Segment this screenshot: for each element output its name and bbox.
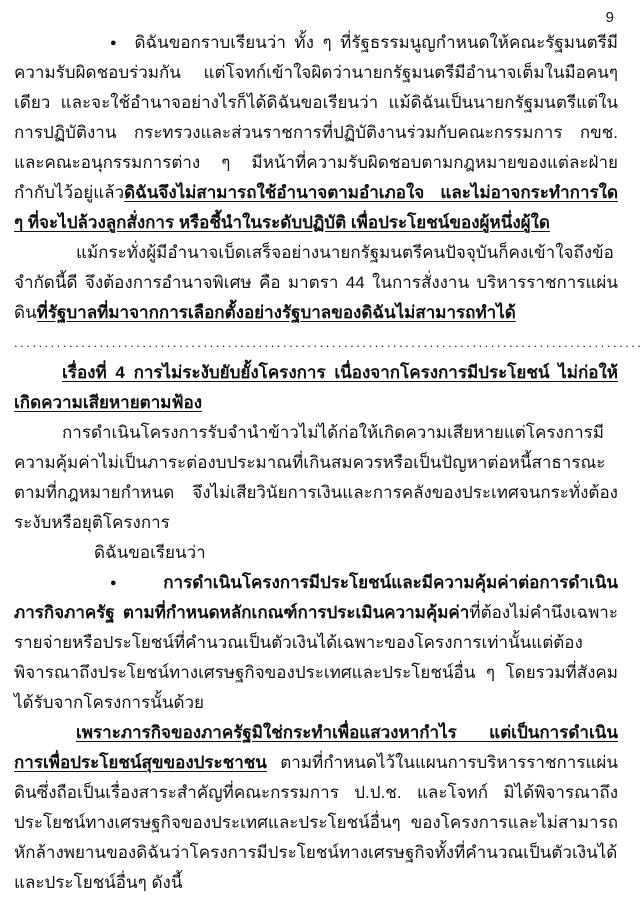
- text-run-bold-underline: ที่รัฐบาลที่มาจากการเลือกตั้งอย่างรัฐบาล…: [37, 303, 516, 322]
- paragraph-cabinet-responsibility: ●ดิฉันขอกราบเรียนว่า ทั้ง ๆ ที่รัฐธรรมนู…: [14, 28, 618, 238]
- text-run-normal: การดำเนินโครงการรับจำนำข้าวไม่ได้ก่อให้เ…: [14, 423, 618, 532]
- paragraph-special-power: แม้กระทั่งผู้มีอำนาจเบ็ดเสร็จอย่างนายกรั…: [14, 238, 618, 328]
- page-number: 9: [14, 8, 618, 28]
- bullet-icon: ●: [110, 577, 149, 589]
- text-run-normal: ดิฉันขอกราบเรียนว่า ทั้ง ๆ ที่รัฐธรรมนูญ…: [14, 33, 618, 202]
- text-run-normal: ตามที่กำหนดไว้ในแผนการบริหารราชการแผ่นดิ…: [14, 753, 618, 892]
- section-heading-topic-4: เรื่องที่ 4 การไม่ระงับยับยั้งโครงการ เน…: [14, 358, 618, 418]
- dotted-separator: ........................................…: [14, 328, 618, 358]
- document-page: 9 ●ดิฉันขอกราบเรียนว่า ทั้ง ๆ ที่รัฐธรรม…: [0, 0, 640, 918]
- text-run-normal: ดิฉันขอเรียนว่า: [94, 543, 206, 562]
- paragraph-project-worthiness: ●การดำเนินโครงการมีประโยชน์และมีความคุ้ม…: [14, 568, 618, 718]
- paragraph-project-no-damage: การดำเนินโครงการรับจำนำข้าวไม่ได้ก่อให้เ…: [14, 418, 618, 538]
- heading-text: เรื่องที่ 4 การไม่ระงับยับยั้งโครงการ เน…: [14, 363, 618, 412]
- paragraph-i-would-like-to-state: ดิฉันขอเรียนว่า: [14, 538, 618, 568]
- bullet-icon: ●: [110, 37, 120, 49]
- paragraph-state-mission: เพราะภารกิจของภาครัฐมิใช่กระทำเพื่อแสวงห…: [14, 718, 618, 898]
